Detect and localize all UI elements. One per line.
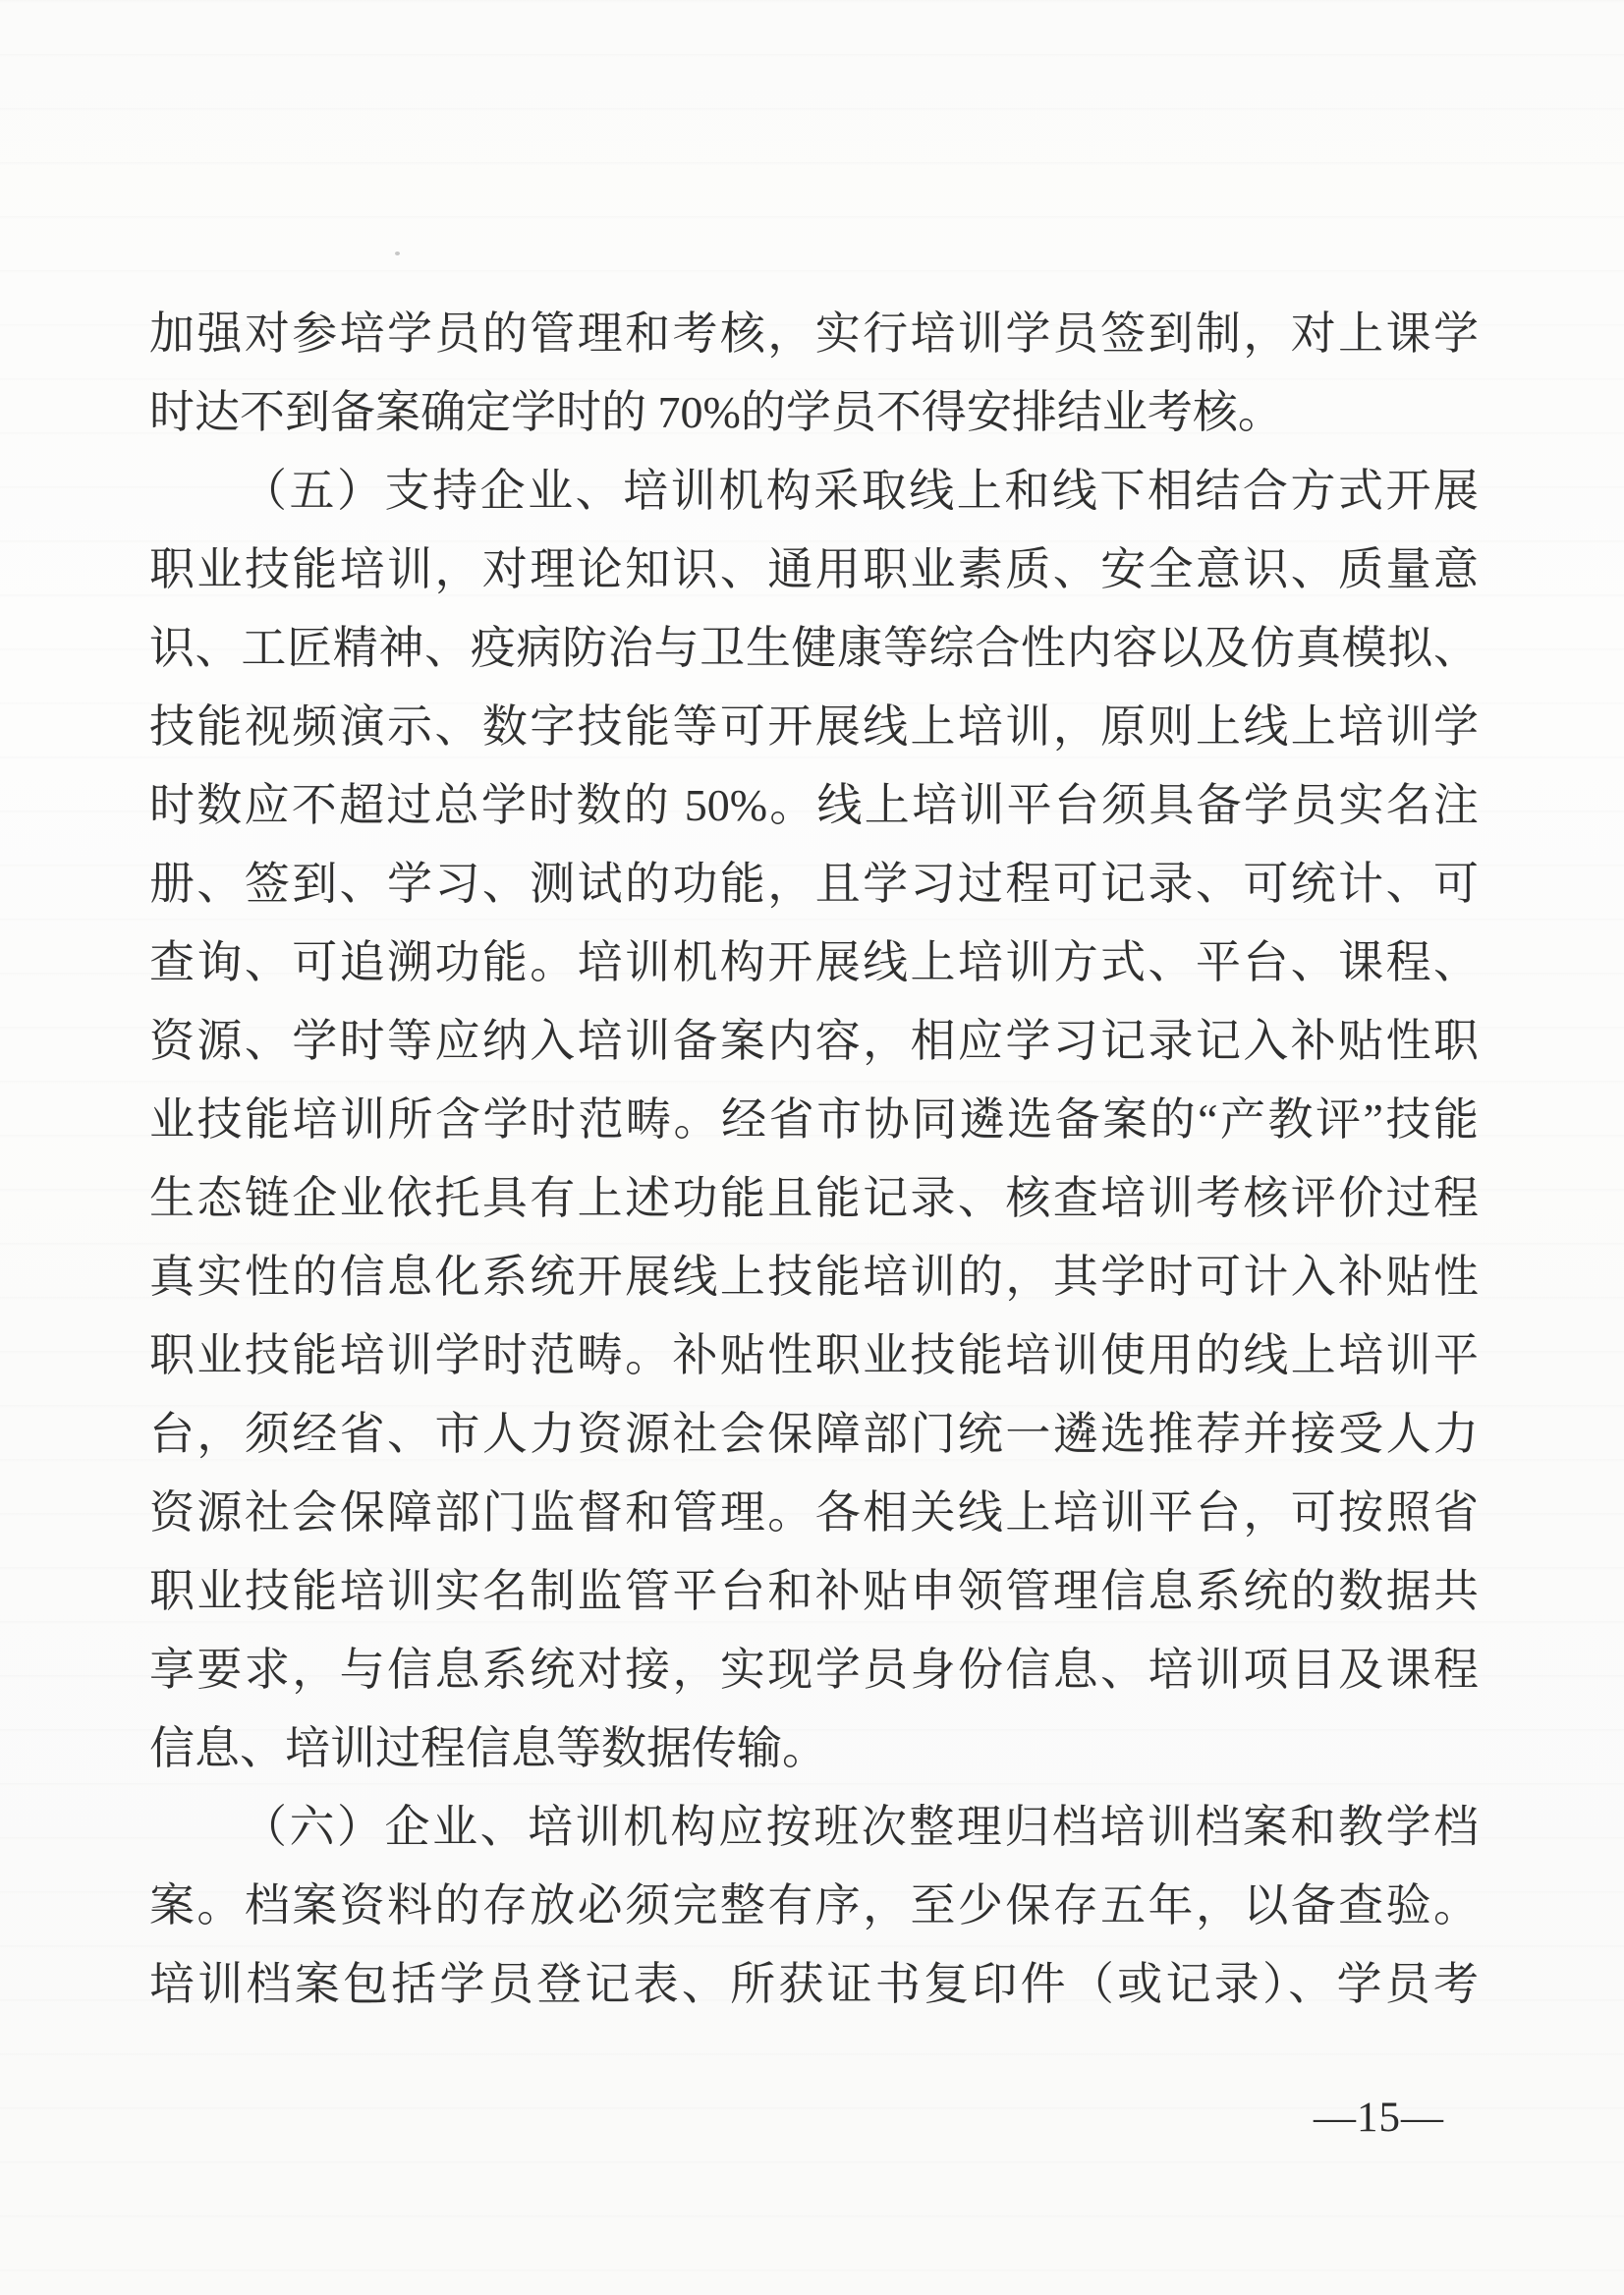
text-line: 台，须经省、市人力资源社会保障部门统一遴选推荐并接受人力: [149, 1395, 1479, 1474]
document-body: 加强对参培学员的管理和考核，实行培训学员签到制，对上课学时达不到备案确定学时的 …: [149, 295, 1479, 2024]
text-line: 生态链企业依托具有上述功能且能记录、核查培训考核评价过程: [149, 1159, 1479, 1238]
text-line: 职业技能培训实名制监管平台和补贴申领管理信息系统的数据共: [149, 1552, 1479, 1631]
paragraph: 加强对参培学员的管理和考核，实行培训学员签到制，对上课学时达不到备案确定学时的 …: [149, 295, 1479, 452]
text-line: 业技能培训所含学时范畴。经省市协同遴选备案的“产教评”技能: [149, 1081, 1479, 1159]
text-line: 资源社会保障部门监督和管理。各相关线上培训平台，可按照省: [149, 1474, 1479, 1552]
paragraph: （五）支持企业、培训机构采取线上和线下相结合方式开展职业技能培训，对理论知识、通…: [149, 452, 1479, 1788]
text-line: 职业技能培训学时范畴。补贴性职业技能培训使用的线上培训平: [149, 1316, 1479, 1395]
text-line: 时数应不超过总学时数的 50%。线上培训平台须具备学员实名注: [149, 766, 1479, 845]
text-line: 案。档案资料的存放必须完整有序，至少保存五年，以备查验。: [149, 1867, 1479, 1945]
text-line: （六）企业、培训机构应按班次整理归档培训档案和教学档: [149, 1788, 1479, 1867]
text-line: 识、工匠精神、疫病防治与卫生健康等综合性内容以及仿真模拟、: [149, 609, 1479, 688]
document-page: 加强对参培学员的管理和考核，实行培训学员签到制，对上课学时达不到备案确定学时的 …: [0, 0, 1624, 2295]
text-line: 册、签到、学习、测试的功能，且学习过程可记录、可统计、可: [149, 845, 1479, 924]
text-line: 查询、可追溯功能。培训机构开展线上培训方式、平台、课程、: [149, 924, 1479, 1002]
text-line: 加强对参培学员的管理和考核，实行培训学员签到制，对上课学: [149, 295, 1479, 373]
scan-artifact: [395, 252, 400, 255]
text-line: 技能视频演示、数字技能等可开展线上培训，原则上线上培训学: [149, 688, 1479, 766]
text-line: 培训档案包括学员登记表、所获证书复印件（或记录）、学员考: [149, 1945, 1479, 2024]
text-line: （五）支持企业、培训机构采取线上和线下相结合方式开展: [149, 452, 1479, 531]
text-line: 资源、学时等应纳入培训备案内容，相应学习记录记入补贴性职: [149, 1002, 1479, 1081]
text-line: 时达不到备案确定学时的 70%的学员不得安排结业考核。: [149, 373, 1479, 452]
text-line: 真实性的信息化系统开展线上技能培训的，其学时可计入补贴性: [149, 1238, 1479, 1316]
text-line: 信息、培训过程信息等数据传输。: [149, 1709, 1479, 1788]
text-line: 享要求，与信息系统对接，实现学员身份信息、培训项目及课程: [149, 1631, 1479, 1709]
paragraph: （六）企业、培训机构应按班次整理归档培训档案和教学档案。档案资料的存放必须完整有…: [149, 1788, 1479, 2024]
text-line: 职业技能培训，对理论知识、通用职业素质、安全意识、质量意: [149, 531, 1479, 609]
page-number: —15—: [1314, 2089, 1444, 2148]
